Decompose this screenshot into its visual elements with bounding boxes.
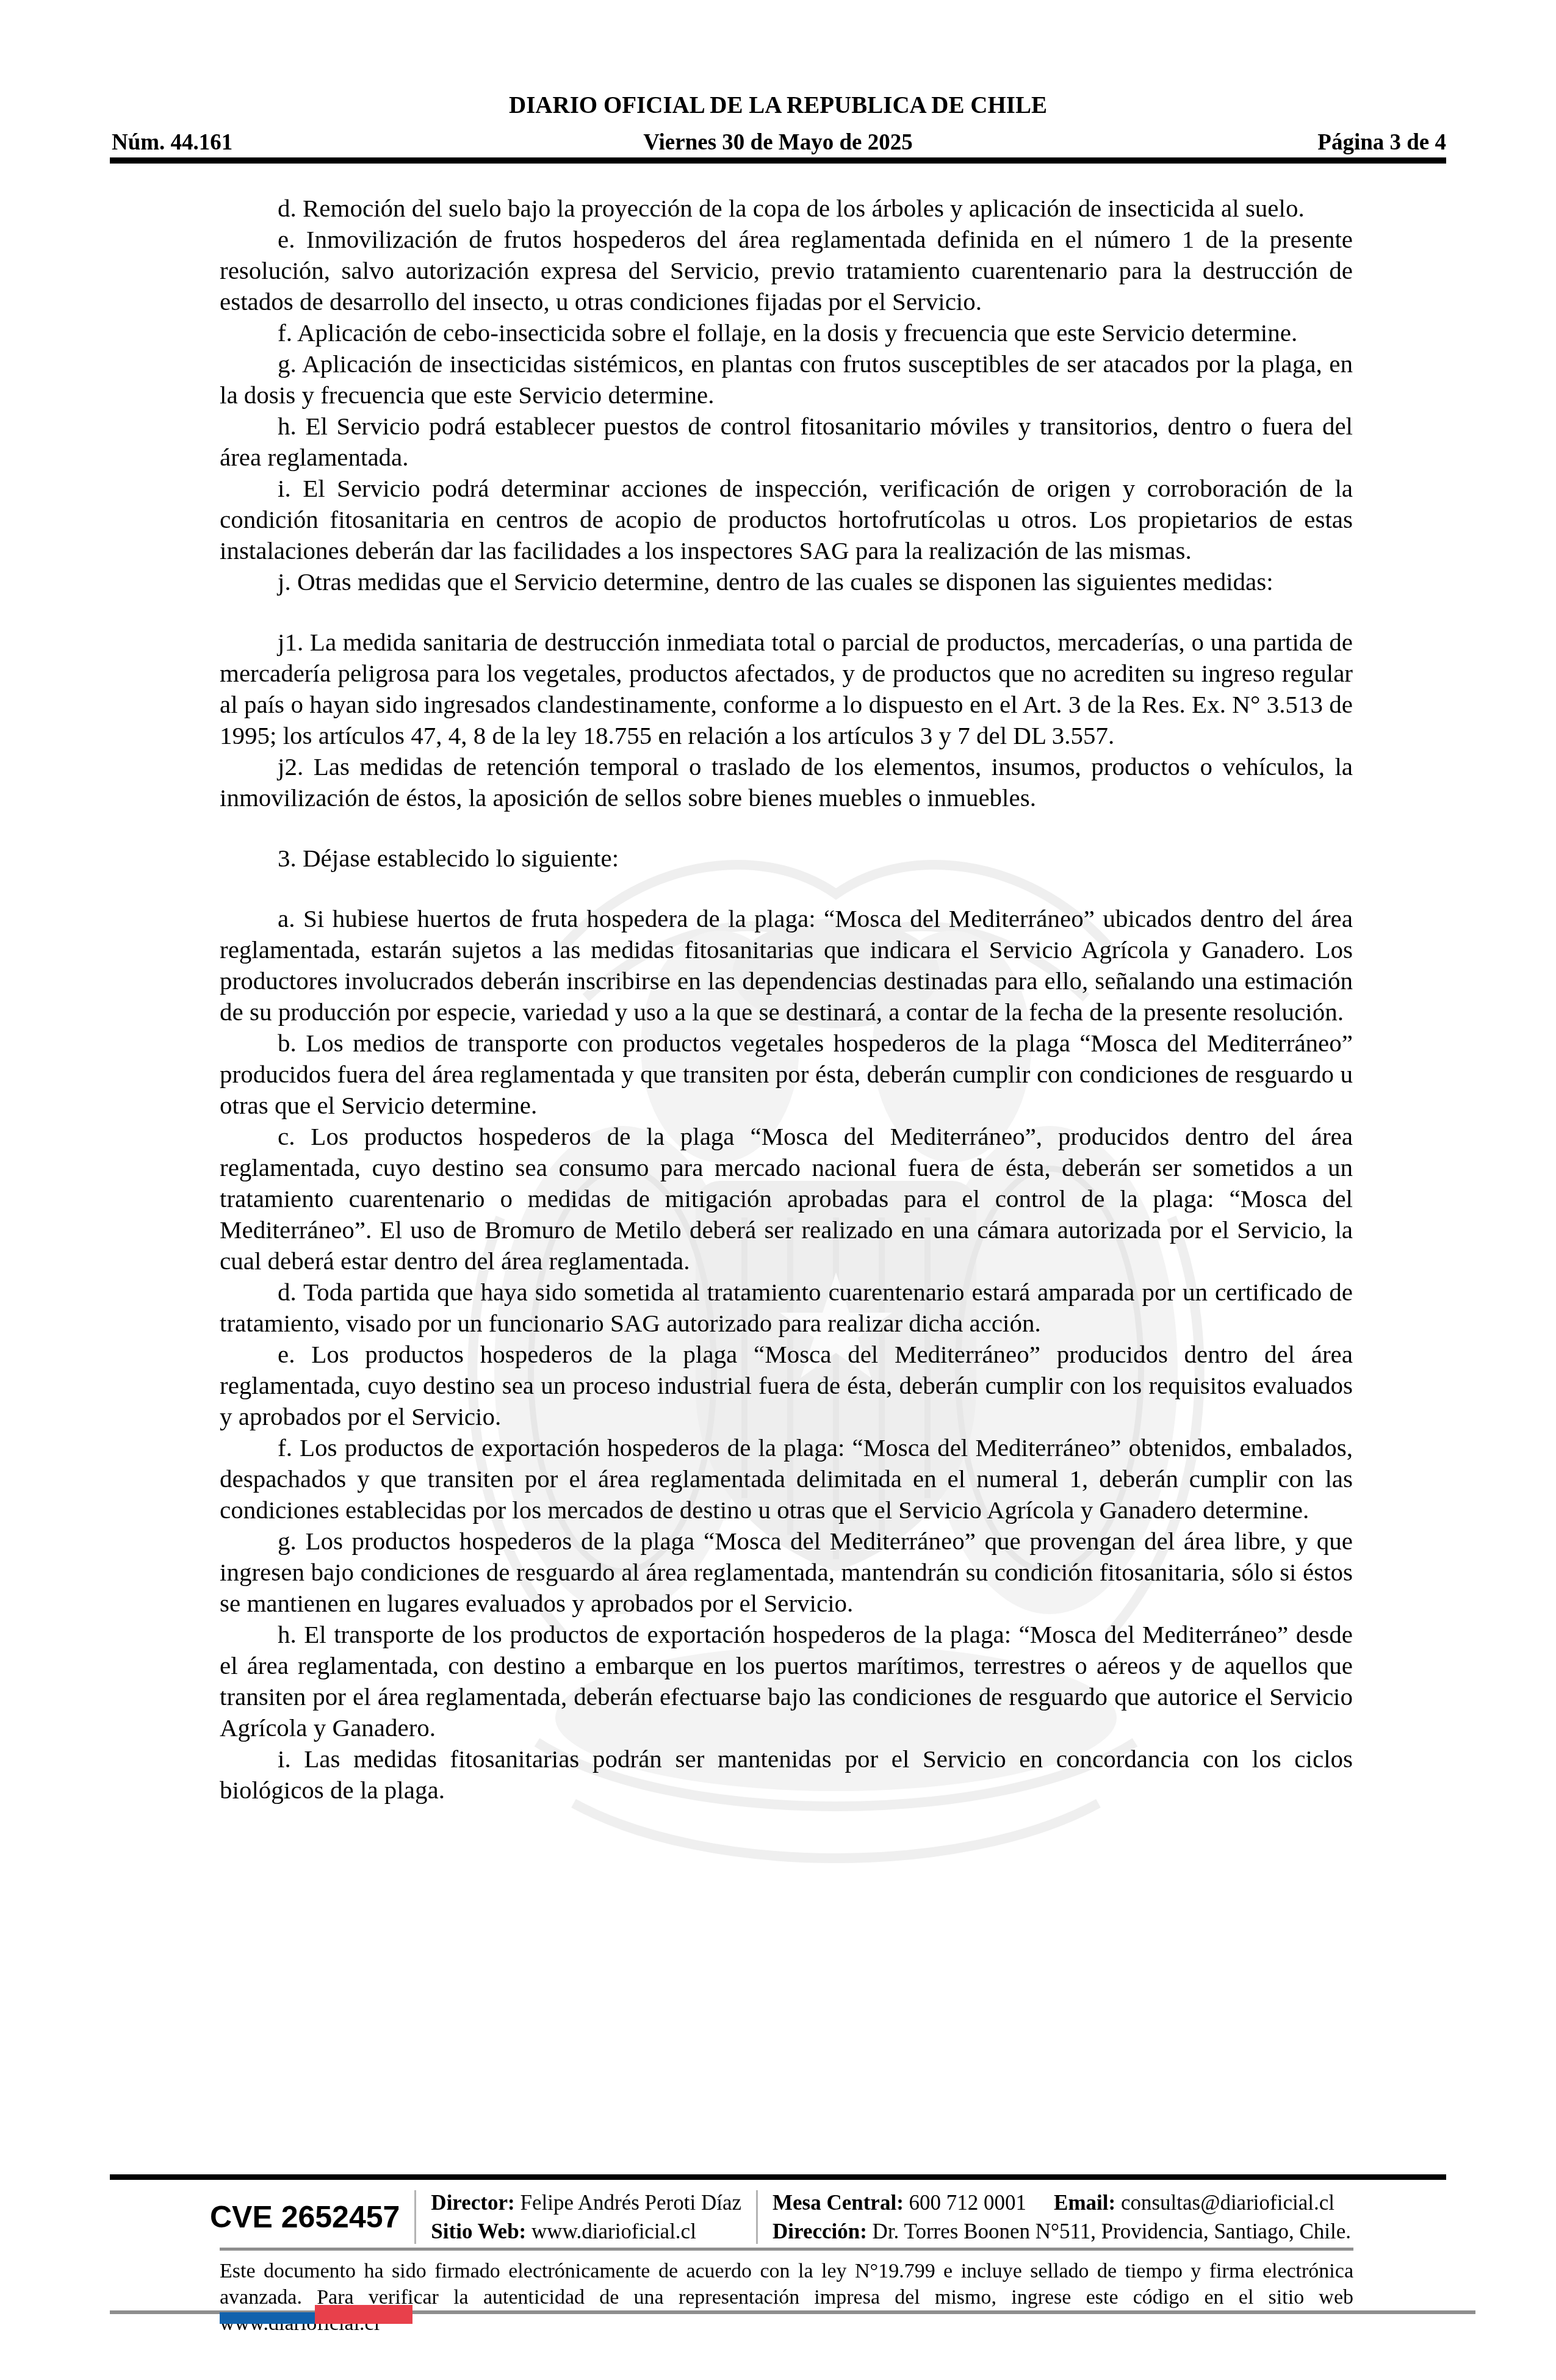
paragraph-3f: f. Los productos de exportación hospeder… [220, 1432, 1353, 1526]
page-indicator: Página 3 de 4 [1317, 129, 1446, 156]
paragraph-3i: i. Las medidas fitosanitarias podrán ser… [220, 1744, 1353, 1806]
paragraph-d: d. Remoción del suelo bajo la proyección… [220, 193, 1353, 224]
phone-label: Mesa Central: [773, 2191, 904, 2215]
director-line: Director: Felipe Andrés Peroti Díaz [431, 2188, 741, 2217]
email-label: Email: [1054, 2191, 1115, 2215]
footer-rule [110, 2174, 1446, 2180]
footer-director-block: Director: Felipe Andrés Peroti Díaz Siti… [431, 2188, 741, 2246]
paragraph-g: g. Aplicación de insecticidas sistémicos… [220, 348, 1353, 411]
disclaimer-top-rule [220, 2248, 1353, 2251]
footer-divider-1 [414, 2190, 416, 2244]
footer-divider-2 [756, 2190, 758, 2244]
paragraph-j2: j2. Las medidas de retención temporal o … [220, 751, 1353, 813]
email-value: consultas@diarioficial.cl [1121, 2191, 1334, 2215]
phone-value: 600 712 0001 [909, 2191, 1027, 2215]
paragraph-3a: a. Si hubiese huertos de fruta hospedera… [220, 903, 1353, 1028]
gazette-page: { "header": { "title": "DIARIO OFICIAL D… [0, 0, 1556, 2380]
website-label: Sitio Web: [431, 2220, 526, 2243]
director-value: Felipe Andrés Peroti Díaz [520, 2191, 741, 2215]
paragraph-3d: d. Toda partida que haya sido sometida a… [220, 1277, 1353, 1339]
footer-info-bar: CVE 2652457 Director: Felipe Andrés Pero… [210, 2188, 1351, 2246]
paragraph-j: j. Otras medidas que el Servicio determi… [220, 566, 1353, 597]
paragraph-f: f. Aplicación de cebo-insecticida sobre … [220, 317, 1353, 348]
website-line: Sitio Web: www.diarioficial.cl [431, 2217, 741, 2246]
paragraph-i: i. El Servicio podrá determinar acciones… [220, 473, 1353, 566]
paragraph-e: e. Inmovilización de frutos hospederos d… [220, 224, 1353, 317]
paragraph-j1: j1. La medida sanitaria de destrucción i… [220, 627, 1353, 751]
chile-flag-red-mark [315, 2305, 412, 2324]
paragraph-3: 3. Déjase establecido lo siguiente: [220, 843, 1353, 874]
phone-email-line: Mesa Central: 600 712 0001Email: consult… [773, 2188, 1351, 2217]
paragraph-3g: g. Los productos hospederos de la plaga … [220, 1526, 1353, 1619]
paragraph-3h: h. El transporte de los productos de exp… [220, 1619, 1353, 1744]
address-label: Dirección: [773, 2220, 867, 2243]
paragraph-3b: b. Los medios de transporte con producto… [220, 1028, 1353, 1121]
address-value: Dr. Torres Boonen N°511, Providencia, Sa… [873, 2220, 1351, 2243]
director-label: Director: [431, 2191, 514, 2215]
footer-contact-block: Mesa Central: 600 712 0001Email: consult… [773, 2188, 1351, 2246]
disclaimer-text: Este documento ha sido firmado electróni… [220, 2258, 1353, 2337]
gazette-title: DIARIO OFICIAL DE LA REPUBLICA DE CHILE [0, 92, 1556, 120]
paragraph-h: h. El Servicio podrá establecer puestos … [220, 411, 1353, 473]
paragraph-3e: e. Los productos hospederos de la plaga … [220, 1339, 1353, 1432]
document-body: d. Remoción del suelo bajo la proyección… [220, 193, 1353, 1806]
chile-flag-blue-mark [220, 2312, 315, 2324]
paragraph-3c: c. Los productos hospederos de la plaga … [220, 1121, 1353, 1277]
header-rule [110, 157, 1446, 164]
website-value: www.diarioficial.cl [531, 2220, 696, 2243]
cve-code: CVE 2652457 [210, 2199, 400, 2235]
address-line: Dirección: Dr. Torres Boonen N°511, Prov… [773, 2217, 1351, 2246]
